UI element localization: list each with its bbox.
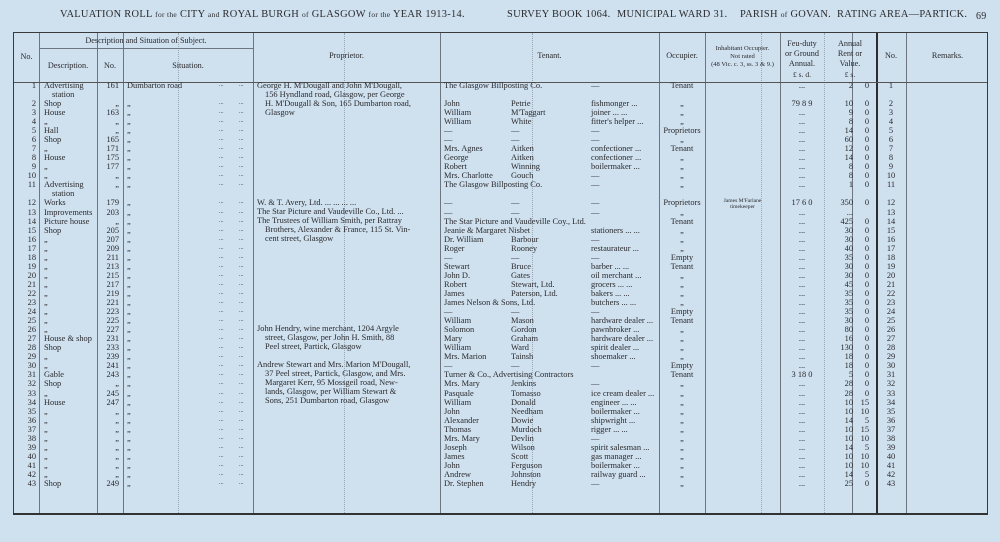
rent-pounds: 1 bbox=[824, 180, 853, 189]
situation: „ bbox=[127, 452, 131, 461]
situation: „ bbox=[127, 198, 131, 207]
feu-duty: ... bbox=[780, 343, 824, 352]
page-number: 69 bbox=[976, 11, 987, 22]
tenant-first-name: Stewart bbox=[444, 262, 470, 271]
description: Shop bbox=[44, 226, 61, 235]
row-number: 34 bbox=[14, 398, 36, 407]
situation: „ bbox=[127, 126, 131, 135]
inhabitant-occupier bbox=[705, 325, 780, 331]
tenant-first-name: — bbox=[444, 361, 452, 370]
row-number-2: 23 bbox=[876, 298, 906, 307]
tenant-occupation: joiner ... ... bbox=[591, 108, 627, 117]
situation-dots: ... bbox=[239, 443, 244, 452]
situation-dots: ... bbox=[239, 244, 244, 253]
tenant-first-name: James Nelson & Sons, Ltd. bbox=[444, 298, 535, 307]
row-number: 27 bbox=[14, 334, 36, 343]
tenant-first-name: Solomon bbox=[444, 325, 474, 334]
situation-dots: ... bbox=[219, 461, 224, 470]
situation-dots: ... bbox=[239, 470, 244, 479]
situation-dots: ... bbox=[239, 135, 244, 144]
header-line: Value. bbox=[824, 59, 876, 69]
tenant-surname: — bbox=[511, 253, 519, 262]
inhabitant-occupier bbox=[705, 316, 780, 322]
title-word: and bbox=[208, 10, 220, 19]
row-number: 3 bbox=[14, 108, 36, 117]
rent-shillings: 0 bbox=[852, 135, 869, 144]
rent-pounds: 425 bbox=[824, 217, 853, 226]
street-number: „ bbox=[97, 171, 119, 180]
header-street-no: No. bbox=[97, 61, 123, 71]
feu-duty: ... bbox=[780, 81, 824, 90]
feu-duty: ... bbox=[780, 244, 824, 253]
header-feu-duty: Feu-duty or Ground Annual. bbox=[780, 39, 824, 69]
occupier: „ bbox=[659, 208, 705, 217]
description: Improvements bbox=[44, 208, 92, 217]
row-number: 18 bbox=[14, 253, 36, 262]
rent-pounds: 14 bbox=[824, 126, 853, 135]
tenant-occupation: grocers ... ... bbox=[591, 280, 632, 289]
row-number-2: 27 bbox=[876, 334, 906, 343]
table-row: 33 „ 245 „ ... ... Pasquale Tomasso ice … bbox=[14, 389, 989, 398]
feu-duty: ... bbox=[780, 180, 824, 189]
feu-duty: ... bbox=[780, 289, 824, 298]
situation-dots: ... bbox=[239, 162, 244, 171]
tenant-occupation: hardware dealer ... bbox=[591, 334, 653, 343]
situation: „ bbox=[127, 416, 131, 425]
rent-shillings: 0 bbox=[852, 235, 869, 244]
row-number: 26 bbox=[14, 325, 36, 334]
tenant-first-name: Joseph bbox=[444, 443, 467, 452]
tenant-occupation: — bbox=[591, 235, 599, 244]
row-number: 24 bbox=[14, 307, 36, 316]
tenant-first-name: Pasquale bbox=[444, 389, 474, 398]
tenant-first-name: Mrs. Mary bbox=[444, 379, 480, 388]
feu-duty: ... bbox=[780, 434, 824, 443]
feu-duty: ... bbox=[780, 461, 824, 470]
occupier: Tenant bbox=[659, 316, 705, 325]
description: „ bbox=[44, 434, 48, 443]
row-number: 23 bbox=[14, 298, 36, 307]
row-number-2: 28 bbox=[876, 343, 906, 352]
table-row: 19 „ 213 „ ... ... Stewart Bruce barber … bbox=[14, 262, 989, 271]
description: Shop bbox=[44, 379, 61, 388]
tenant-occupation: — bbox=[591, 81, 599, 90]
rent-pounds: 5 bbox=[824, 370, 853, 379]
inhabitant-occupier bbox=[705, 81, 780, 87]
situation-dots: ... bbox=[219, 470, 224, 479]
tenant-surname: Tomasso bbox=[511, 389, 541, 398]
occupier: „ bbox=[659, 153, 705, 162]
situation-dots: ... bbox=[219, 198, 224, 207]
situation-dots: ... bbox=[219, 316, 224, 325]
row-number: 5 bbox=[14, 126, 36, 135]
table-row: 6 Shop 165 „ ... ... — — — „ ... 60 0 6 bbox=[14, 135, 989, 144]
tenant-surname: Gordon bbox=[511, 325, 537, 334]
situation: „ bbox=[127, 217, 131, 226]
situation: „ bbox=[127, 144, 131, 153]
feu-duty: ... bbox=[780, 470, 824, 479]
description: „ bbox=[44, 162, 48, 171]
row-number: 37 bbox=[14, 425, 36, 434]
tenant-first-name: — bbox=[444, 253, 452, 262]
street-number: „ bbox=[97, 379, 119, 388]
occupier: „ bbox=[659, 99, 705, 108]
feu-duty: ... bbox=[780, 398, 824, 407]
tenant-surname: Tainsh bbox=[511, 352, 533, 361]
tenant-first-name: Thomas bbox=[444, 425, 471, 434]
description: Advertising bbox=[44, 81, 84, 90]
rent-shillings: 0 bbox=[852, 108, 869, 117]
street-number: „ bbox=[97, 217, 119, 226]
table-row: 1 Advertising 161 Dumbarton road ... ...… bbox=[14, 81, 989, 90]
table-row: 2 Shop „ „ ... ... John Petrie fishmonge… bbox=[14, 99, 989, 108]
rent-shillings: 5 bbox=[852, 416, 869, 425]
street-number: 217 bbox=[97, 280, 119, 289]
header-inhabitant-occupier: Inhabitant Occupier. Not rated (48 Vic. … bbox=[705, 45, 780, 69]
description: Shop bbox=[44, 479, 61, 488]
description: „ bbox=[44, 262, 48, 271]
description: Gable bbox=[44, 370, 64, 379]
situation-dots: ... bbox=[219, 253, 224, 262]
header-occupier: Occupier. bbox=[659, 51, 705, 61]
street-number: „ bbox=[97, 99, 119, 108]
description: „ bbox=[44, 144, 48, 153]
rent-pounds: 14 bbox=[824, 153, 853, 162]
feu-duty: ... bbox=[780, 298, 824, 307]
feu-duty: ... bbox=[780, 208, 824, 217]
rent-pounds: 10 bbox=[824, 452, 853, 461]
row-number-2: 35 bbox=[876, 407, 906, 416]
inhabitant-occupier bbox=[705, 452, 780, 458]
situation: „ bbox=[127, 226, 131, 235]
table-row: 41 „ „ „ ... ... John Ferguson boilermak… bbox=[14, 461, 989, 470]
street-number: „ bbox=[97, 461, 119, 470]
row-number: 2 bbox=[14, 99, 36, 108]
situation-dots: ... bbox=[219, 425, 224, 434]
table-row: 17 „ 209 „ ... ... Roger Rooney restaura… bbox=[14, 244, 989, 253]
rent-shillings: 0 bbox=[852, 334, 869, 343]
tenant-occupation: fitter's helper ... bbox=[591, 117, 643, 126]
header-line: Annual. bbox=[780, 59, 824, 69]
tenant-occupation: confectioner ... bbox=[591, 153, 641, 162]
occupier: „ bbox=[659, 235, 705, 244]
table-row: 14 Picture house „ „ ... ... The Star Pi… bbox=[14, 217, 989, 226]
situation-dots: ... bbox=[239, 217, 244, 226]
situation-dots: ... bbox=[219, 208, 224, 217]
occupier: „ bbox=[659, 334, 705, 343]
situation: Dumbarton road bbox=[127, 81, 182, 90]
tenant-first-name: Mrs. Charlotte bbox=[444, 171, 493, 180]
rent-pounds: ... bbox=[824, 208, 853, 217]
tenant-occupation: — bbox=[591, 479, 599, 488]
occupier: „ bbox=[659, 135, 705, 144]
situation: „ bbox=[127, 280, 131, 289]
situation: „ bbox=[127, 352, 131, 361]
tenant-surname: Aitken bbox=[511, 153, 534, 162]
description: House bbox=[44, 108, 65, 117]
situation-dots: ... bbox=[219, 235, 224, 244]
header-no-2: No. bbox=[876, 51, 906, 61]
tenant-surname: Jenkins bbox=[511, 379, 536, 388]
tenant-occupation: restaurateur ... bbox=[591, 244, 639, 253]
inhabitant-occupier bbox=[705, 262, 780, 268]
rent-shillings: 0 bbox=[852, 352, 869, 361]
situation: „ bbox=[127, 117, 131, 126]
rent-pounds: 10 bbox=[824, 99, 853, 108]
rent-pounds: 8 bbox=[824, 162, 853, 171]
description: „ bbox=[44, 307, 48, 316]
row-number: 6 bbox=[14, 135, 36, 144]
row-number: 14 bbox=[14, 217, 36, 226]
description: „ bbox=[44, 271, 48, 280]
situation: „ bbox=[127, 334, 131, 343]
table-row: 13 Improvements 203 „ ... ... — — — „ ..… bbox=[14, 208, 989, 217]
occupier: „ bbox=[659, 271, 705, 280]
situation: „ bbox=[127, 135, 131, 144]
rent-shillings: 0 bbox=[852, 153, 869, 162]
street-number: 205 bbox=[97, 226, 119, 235]
row-number: 40 bbox=[14, 452, 36, 461]
inhabitant-occupier bbox=[705, 135, 780, 141]
tenant-surname: Dowie bbox=[511, 416, 533, 425]
rent-shillings: 5 bbox=[852, 470, 869, 479]
situation-dots: ... bbox=[239, 262, 244, 271]
rent-pounds: 8 bbox=[824, 117, 853, 126]
inhabitant-occupier bbox=[705, 334, 780, 340]
feu-duty: ... bbox=[780, 117, 824, 126]
occupier: Tenant bbox=[659, 144, 705, 153]
rent-shillings: 0 bbox=[852, 325, 869, 334]
tenant-occupation: ice cream dealer ... bbox=[591, 389, 654, 398]
inhabitant-occupier bbox=[705, 153, 780, 159]
situation: „ bbox=[127, 379, 131, 388]
situation-dots: ... bbox=[239, 144, 244, 153]
row-number: 36 bbox=[14, 416, 36, 425]
row-number-2: 15 bbox=[876, 226, 906, 235]
rent-shillings: 0 bbox=[852, 217, 869, 226]
feu-duty: ... bbox=[780, 389, 824, 398]
feu-duty: ... bbox=[780, 135, 824, 144]
tenant-first-name: William bbox=[444, 343, 471, 352]
tenant-first-name: Dr. Stephen bbox=[444, 479, 484, 488]
occupier: „ bbox=[659, 443, 705, 452]
table-row: 38 „ „ „ ... ... Mrs. Mary Devlin — „ ..… bbox=[14, 434, 989, 443]
description: Picture house bbox=[44, 217, 89, 226]
occupier: „ bbox=[659, 171, 705, 180]
situation-dots: ... bbox=[219, 271, 224, 280]
occupier: „ bbox=[659, 389, 705, 398]
tenant-surname: Stewart, Ltd. bbox=[511, 280, 555, 289]
tenant-first-name: John bbox=[444, 99, 460, 108]
inhabitant-occupier bbox=[705, 171, 780, 177]
situation: „ bbox=[127, 262, 131, 271]
situation-dots: ... bbox=[219, 289, 224, 298]
situation: „ bbox=[127, 162, 131, 171]
tenant-first-name: The Glasgow Billposting Co. bbox=[444, 81, 542, 90]
feu-duty: ... bbox=[780, 126, 824, 135]
title-word: CITY bbox=[180, 9, 205, 20]
rent-pounds: 60 bbox=[824, 135, 853, 144]
situation-dots: ... bbox=[219, 452, 224, 461]
rent-shillings: 15 bbox=[852, 425, 869, 434]
occupier: Empty bbox=[659, 361, 705, 370]
inhabitant-occupier bbox=[705, 398, 780, 404]
street-number: 163 bbox=[97, 108, 119, 117]
situation-dots: ... bbox=[219, 416, 224, 425]
parish-word: of bbox=[781, 10, 788, 19]
situation-dots: ... bbox=[239, 334, 244, 343]
row-number-2: 42 bbox=[876, 470, 906, 479]
row-number-2: 20 bbox=[876, 271, 906, 280]
situation-dots: ... bbox=[239, 253, 244, 262]
rent-shillings: 10 bbox=[852, 461, 869, 470]
row-number-2: 34 bbox=[876, 398, 906, 407]
situation-dots: ... bbox=[219, 370, 224, 379]
row-number-2: 40 bbox=[876, 452, 906, 461]
table-row: 16 „ 207 „ ... ... Dr. William Barbour —… bbox=[14, 235, 989, 244]
row-number-2: 2 bbox=[876, 99, 906, 108]
table-row: 31 Gable 243 „ ... ... Turner & Co., Adv… bbox=[14, 370, 989, 379]
inhabitant-occupier bbox=[705, 271, 780, 277]
table-row: 12 Works 179 „ ... ... — — — Proprietors… bbox=[14, 198, 989, 207]
table-row: 30 „ 241 „ ... ... — — — Empty ... 18 0 … bbox=[14, 361, 989, 370]
row-number: 9 bbox=[14, 162, 36, 171]
rating-area: RATING AREA—PARTICK. bbox=[837, 9, 967, 20]
feu-duty: ... bbox=[780, 452, 824, 461]
situation-dots: ... bbox=[239, 81, 244, 90]
tenant-surname: Graham bbox=[511, 334, 538, 343]
row-number-2: 29 bbox=[876, 352, 906, 361]
tenant-first-name: John bbox=[444, 461, 460, 470]
feu-duty: ... bbox=[780, 171, 824, 180]
row-number: 29 bbox=[14, 352, 36, 361]
situation-dots: ... bbox=[239, 398, 244, 407]
rent-shillings: 0 bbox=[852, 370, 869, 379]
rent-pounds: 14 bbox=[824, 416, 853, 425]
tenant-first-name: Andrew bbox=[444, 470, 471, 479]
rent-shillings: 0 bbox=[852, 171, 869, 180]
tenant-first-name: Mrs. Agnes bbox=[444, 144, 483, 153]
row-number-2: 39 bbox=[876, 443, 906, 452]
row-number: 17 bbox=[14, 244, 36, 253]
rent-pounds: 45 bbox=[824, 280, 853, 289]
title-word: YEAR 1913-14. bbox=[393, 9, 465, 20]
occupier: „ bbox=[659, 379, 705, 388]
tenant-occupation: bakers ... ... bbox=[591, 289, 630, 298]
tenant-occupation: railway guard ... bbox=[591, 470, 646, 479]
parish: PARISH of GOVAN. bbox=[740, 9, 831, 20]
occupier: „ bbox=[659, 470, 705, 479]
row-number-2: 17 bbox=[876, 244, 906, 253]
occupier: „ bbox=[659, 325, 705, 334]
description: Shop bbox=[44, 135, 61, 144]
row-number-2: 38 bbox=[876, 434, 906, 443]
rent-shillings: 0 bbox=[852, 479, 869, 488]
rent-shillings: 0 bbox=[852, 162, 869, 171]
row-number: 7 bbox=[14, 144, 36, 153]
rent-shillings: 0 bbox=[852, 180, 869, 189]
street-number: 215 bbox=[97, 271, 119, 280]
row-number: 35 bbox=[14, 407, 36, 416]
situation: „ bbox=[127, 171, 131, 180]
title-word: VALUATION ROLL bbox=[60, 9, 152, 20]
rent-pounds: 35 bbox=[824, 298, 853, 307]
inhabitant-occupier bbox=[705, 289, 780, 295]
description: „ bbox=[44, 117, 48, 126]
situation: „ bbox=[127, 343, 131, 352]
table-row: 20 „ 215 „ ... ... John D. Gates oil mer… bbox=[14, 271, 989, 280]
occupier: Proprietors bbox=[659, 198, 705, 207]
situation-dots: ... bbox=[219, 343, 224, 352]
street-number: 221 bbox=[97, 298, 119, 307]
situation-dots: ... bbox=[219, 217, 224, 226]
row-number: 15 bbox=[14, 226, 36, 235]
rent-pounds: 8 bbox=[824, 171, 853, 180]
header-description-group: Description and Situation of Subject. bbox=[39, 36, 253, 46]
situation-dots: ... bbox=[239, 298, 244, 307]
row-number: 30 bbox=[14, 361, 36, 370]
rent-pounds: 30 bbox=[824, 316, 853, 325]
row-number: 10 bbox=[14, 171, 36, 180]
table-row: 15 Shop 205 „ ... ... Jeanie & Margaret … bbox=[14, 226, 989, 235]
tenant-occupation: barber ... ... bbox=[591, 262, 629, 271]
street-number: „ bbox=[97, 443, 119, 452]
feu-duty: ... bbox=[780, 379, 824, 388]
table-row: 40 „ „ „ ... ... James Scott gas manager… bbox=[14, 452, 989, 461]
situation: „ bbox=[127, 180, 131, 189]
situation-dots: ... bbox=[239, 126, 244, 135]
tenant-first-name: Roger bbox=[444, 244, 464, 253]
row-number-2: 4 bbox=[876, 117, 906, 126]
row-number-2: 8 bbox=[876, 153, 906, 162]
rent-pounds: 10 bbox=[824, 398, 853, 407]
description: „ bbox=[44, 325, 48, 334]
row-number-2: 31 bbox=[876, 370, 906, 379]
street-number: 161 bbox=[97, 81, 119, 90]
rent-pounds: 10 bbox=[824, 434, 853, 443]
tenant-first-name: — bbox=[444, 198, 452, 207]
tenant-occupation: shoemaker ... bbox=[591, 352, 636, 361]
rent-shillings: 10 bbox=[852, 407, 869, 416]
situation: „ bbox=[127, 208, 131, 217]
tenant-first-name: — bbox=[444, 208, 452, 217]
inhabitant-occupier bbox=[705, 416, 780, 422]
tenant-occupation: engineer ... ... bbox=[591, 398, 637, 407]
tenant-surname: Barbour bbox=[511, 235, 538, 244]
tenant-first-name: — bbox=[444, 126, 452, 135]
situation-dots: ... bbox=[219, 108, 224, 117]
situation-dots: ... bbox=[239, 343, 244, 352]
parish-word: GOVAN. bbox=[790, 9, 831, 20]
description: Shop bbox=[44, 99, 61, 108]
tenant-first-name: William bbox=[444, 108, 471, 117]
street-number: „ bbox=[97, 126, 119, 135]
row-number: 33 bbox=[14, 389, 36, 398]
rent-shillings: 0 bbox=[852, 99, 869, 108]
situation-dots: ... bbox=[219, 407, 224, 416]
street-number: „ bbox=[97, 407, 119, 416]
situation: „ bbox=[127, 479, 131, 488]
rent-pounds: 12 bbox=[824, 144, 853, 153]
feu-duty: ... bbox=[780, 425, 824, 434]
tenant-occupation: — bbox=[591, 361, 599, 370]
feu-duty: ... bbox=[780, 334, 824, 343]
tenant-surname: Winning bbox=[511, 162, 540, 171]
tenant-surname: Needham bbox=[511, 407, 543, 416]
row-number-2: 25 bbox=[876, 316, 906, 325]
inhabitant-occupier bbox=[705, 379, 780, 385]
rent-shillings: 10 bbox=[852, 452, 869, 461]
